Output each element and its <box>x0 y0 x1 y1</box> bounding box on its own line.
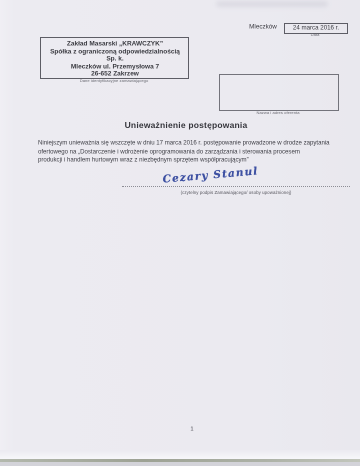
document-page: Mleczków 24 marca 2016 r. Data Zakład Ma… <box>0 0 360 466</box>
recipient-caption-wrap: Nazwa i adres oferenta <box>219 111 337 118</box>
body-paragraph: Niniejszym unieważnia się wszczęte w dni… <box>38 139 338 167</box>
page-bottom-strip <box>0 450 360 459</box>
document-title: Unieważnienie postępowania <box>6 120 360 130</box>
signature-caption-wrap: (czytelny podpis Zamawiającego/ osoby up… <box>131 191 341 199</box>
place-label-wrap: Mleczków <box>240 23 286 33</box>
signature-caption: (czytelny podpis Zamawiającego/ osoby up… <box>181 191 292 195</box>
sender-line-5: 26-652 Zakrzew <box>91 70 139 77</box>
signature-handwriting-wrap: Cezary Stanul <box>158 169 262 185</box>
sender-box: Zakład Masarski „KRAWCZYK” Spółka z ogra… <box>40 37 189 79</box>
page-number: 1 <box>190 425 193 432</box>
body-line-1: Niniejszym unieważnia się wszczęte w dni… <box>38 139 330 146</box>
date-caption: Data <box>311 33 320 37</box>
place-label: Mleczków <box>249 23 277 30</box>
body-line-2: ofertowego na „Dostarczenie i wdrożenie … <box>38 148 300 155</box>
sender-line-4: Mleczków ul. Przemysłowa 7 <box>70 63 158 70</box>
sender-caption-wrap: Dane identyfikacyjne zamawiającego <box>40 79 187 86</box>
signature-handwriting: Cezary Stanul <box>162 165 259 186</box>
recipient-caption: Nazwa i adres oferenta <box>256 111 299 115</box>
scan-background-below-page <box>0 462 360 466</box>
body-line-3: produkcji i handlem hurtowym wraz z niez… <box>38 156 249 163</box>
sender-line-2: Spółka z ograniczoną odpowiedzialnością <box>50 48 180 55</box>
sender-line-1: Zakład Masarski „KRAWCZYK” <box>66 40 162 47</box>
signature-line <box>122 186 350 187</box>
sender-caption: Dane identyfikacyjne zamawiającego <box>79 79 148 83</box>
date-caption-wrap: Data <box>284 33 346 40</box>
sender-line-3: Sp. k. <box>106 55 123 62</box>
recipient-box <box>219 74 339 111</box>
date-value: 24 marca 2016 r. <box>293 24 339 31</box>
scan-smudge <box>216 1 328 7</box>
page-number-wrap: 1 <box>172 425 212 433</box>
